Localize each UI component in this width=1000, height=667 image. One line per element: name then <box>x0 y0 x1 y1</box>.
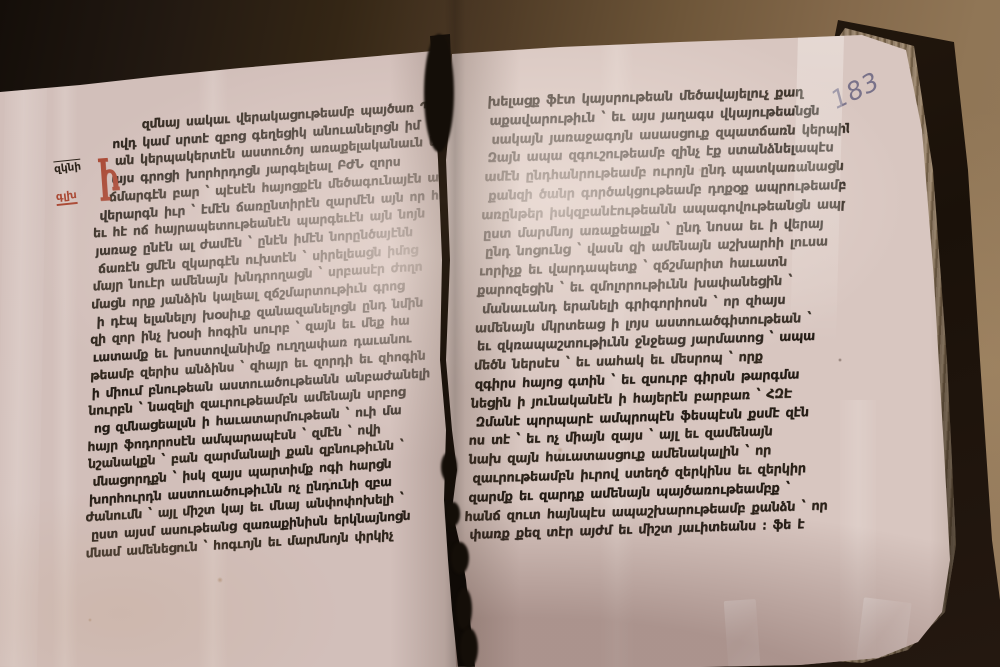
binding-knot <box>456 588 472 630</box>
binding-knot <box>424 34 454 152</box>
binding-knot <box>451 542 469 574</box>
parchment-fold <box>52 0 78 667</box>
tape-strip <box>840 400 876 667</box>
folio-number: 183 <box>826 66 884 114</box>
marginal-note-black: զկնի <box>53 159 81 176</box>
tape-strip <box>0 84 47 667</box>
binding-knot <box>446 502 460 526</box>
marginal-note-red: գլխ <box>55 189 77 206</box>
right-page-text: խելացք ֆէտ կայսրութեան մեծավայելուչ քաղա… <box>462 83 851 553</box>
manuscript-photo: զմնայ սակաւ վերակացութեամբ պայծառ ՊԷ ։ով… <box>0 0 1000 667</box>
binding-knot <box>460 628 478 667</box>
left-page-text: զմնայ սակաւ վերակացութեամբ պայծառ ՊԷ ։ով… <box>84 97 443 572</box>
binding-knot <box>441 452 457 482</box>
tape-shiny-piece <box>724 599 761 667</box>
